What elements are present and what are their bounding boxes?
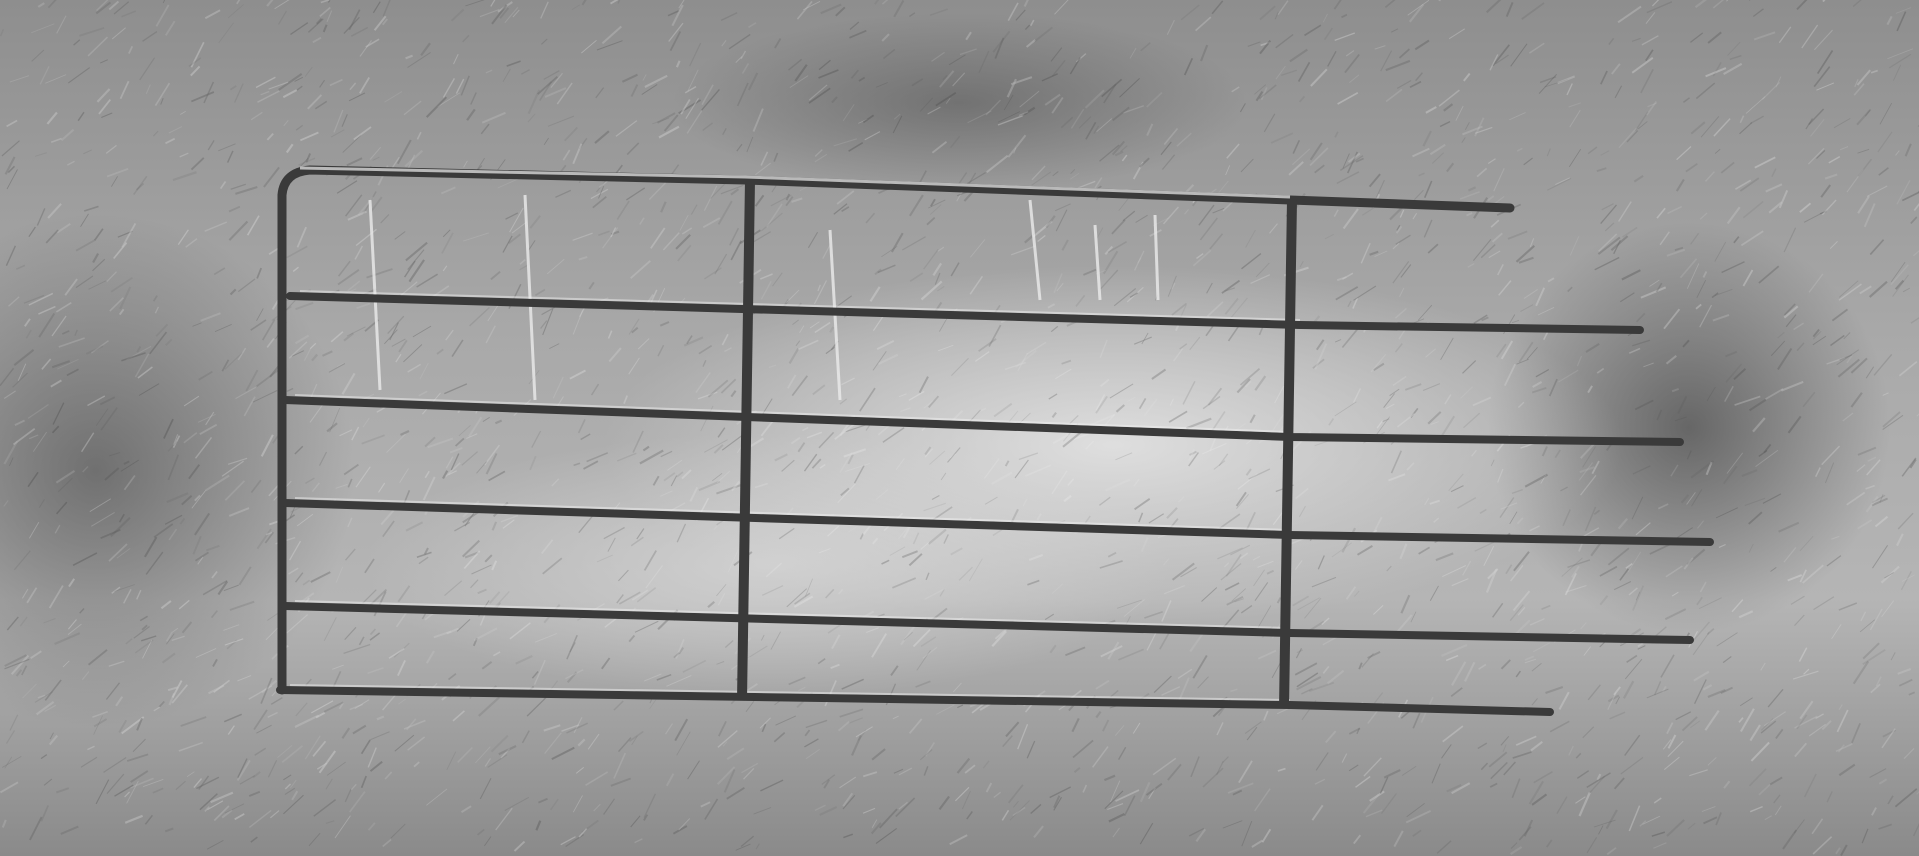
drawing-canvas bbox=[0, 0, 1919, 856]
farm-gate bbox=[0, 0, 1919, 856]
